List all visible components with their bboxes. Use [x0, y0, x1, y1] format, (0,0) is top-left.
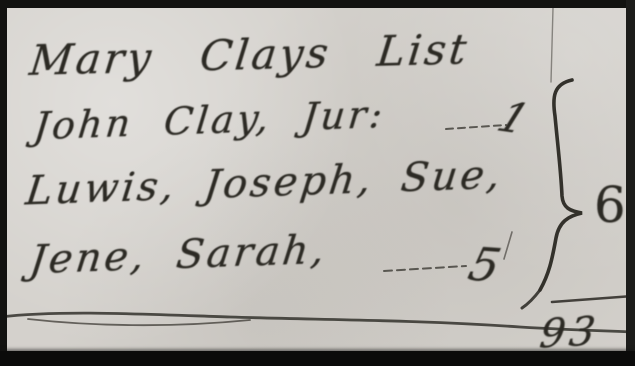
scan-border-bottom — [0, 351, 635, 366]
curly-brace-mark — [540, 80, 582, 290]
scan-border-right — [626, 0, 635, 366]
scan-border-top — [0, 0, 635, 8]
vertical-rule-line — [551, 8, 553, 82]
scanned-handwritten-document: Mary Clays List John Clay, Jur: 1 Luwis,… — [0, 0, 635, 366]
dash-leader-row3 — [384, 266, 466, 271]
wavy-rule-line-double — [28, 319, 250, 325]
total-underline — [552, 296, 633, 302]
stray-stroke — [504, 232, 512, 259]
scan-border-left — [0, 0, 7, 366]
brace-tail-stroke — [522, 290, 540, 308]
brace-group-total: 6 — [593, 175, 627, 234]
